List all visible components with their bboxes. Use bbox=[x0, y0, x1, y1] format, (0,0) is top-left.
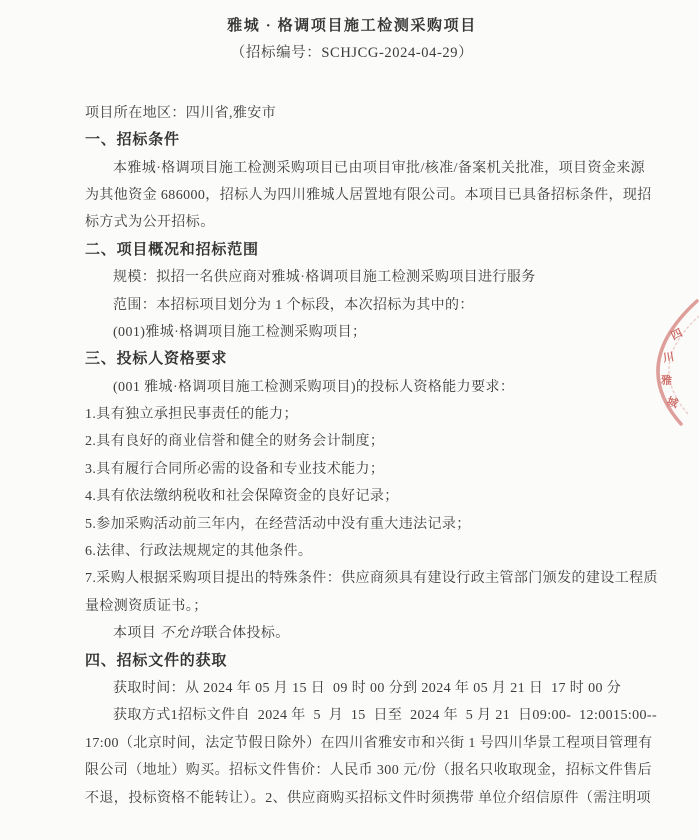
doc-line: 本项目 不允许联合体投标。 bbox=[85, 620, 619, 647]
doc-line: 一、招标条件 bbox=[85, 127, 619, 154]
doc-line-text: 3.具有履行合同所必需的设备和专业技术能力； bbox=[85, 462, 384, 477]
doc-line-text: 雅城 · 格调项目施工检测采购项目 bbox=[227, 18, 477, 34]
document-lines: 雅城 · 格调项目施工检测采购项目（招标编号：SCHJCG-2024-04-29… bbox=[0, 0, 699, 812]
doc-line-text: 规模：拟招一名供应商对雅城·格调项目施工检测采购项目进行服务 bbox=[113, 270, 536, 285]
doc-line-text: 17:00（北京时间，法定节假日除外）在四川省雅安市和兴街 1 号四川华景工程项… bbox=[85, 736, 653, 751]
doc-line-text: 获取时间：从 2024 年 05 月 15 日 09 时 00 分到 2024 … bbox=[113, 681, 621, 696]
doc-line-text: 本项目 bbox=[113, 626, 160, 641]
doc-line-text: 标方式为公开招标。 bbox=[85, 215, 215, 230]
doc-line: 17:00（北京时间，法定节假日除外）在四川省雅安市和兴街 1 号四川华景工程项… bbox=[85, 730, 619, 757]
doc-line: 6.法律、行政法规规定的其他条件。 bbox=[85, 538, 619, 565]
doc-line: 3.具有履行合同所必需的设备和专业技术能力； bbox=[85, 456, 619, 483]
doc-line-text: 一、招标条件 bbox=[85, 132, 180, 148]
doc-line: 1.具有独立承担民事责任的能力； bbox=[85, 401, 619, 428]
doc-line: 雅城 · 格调项目施工检测采购项目 bbox=[85, 13, 619, 40]
doc-line: (001)雅城·格调项目施工检测采购项目； bbox=[85, 319, 619, 346]
doc-line-text: 6.法律、行政法规规定的其他条件。 bbox=[85, 544, 312, 559]
doc-line: 二、项目概况和招标范围 bbox=[85, 237, 619, 264]
doc-line: 范围：本招标项目划分为 1 个标段，本次招标为其中的： bbox=[85, 292, 619, 319]
doc-line: 7.采购人根据采购项目提出的特殊条件：供应商须具有建设行政主管部门颁发的建设工程… bbox=[85, 565, 619, 592]
doc-line: 量检测资质证书。； bbox=[85, 593, 619, 620]
doc-line: 标方式为公开招标。 bbox=[85, 209, 619, 236]
doc-line: (001 雅城·格调项目施工检测采购项目)的投标人资格能力要求： bbox=[85, 374, 619, 401]
document-page: 雅城 · 格调项目施工检测采购项目（招标编号：SCHJCG-2024-04-29… bbox=[0, 0, 699, 840]
doc-line-text: 2.具有良好的商业信誉和健全的财务会计制度； bbox=[85, 434, 384, 449]
doc-line: 三、投标人资格要求 bbox=[85, 346, 619, 373]
doc-line-text: 项目所在地区：四川省,雅安市 bbox=[85, 106, 276, 121]
doc-line-text: 不退，投标资格不能转让）。2、供应商购买招标文件时须携带 单位介绍信原件（需注明… bbox=[85, 791, 651, 806]
doc-line: （招标编号：SCHJCG-2024-04-29） bbox=[85, 40, 619, 67]
doc-line-text: 联合体投标。 bbox=[203, 626, 289, 641]
doc-line: 2.具有良好的商业信誉和健全的财务会计制度； bbox=[85, 428, 619, 455]
doc-line-text: (001 雅城·格调项目施工检测采购项目)的投标人资格能力要求： bbox=[113, 380, 514, 395]
doc-line-text: （招标编号：SCHJCG-2024-04-29） bbox=[231, 45, 473, 61]
doc-line-text: 4.具有依法缴纳税收和社会保障资金的良好记录； bbox=[85, 489, 399, 504]
doc-line-text: 二、项目概况和招标范围 bbox=[85, 242, 259, 258]
doc-line-text: (001)雅城·格调项目施工检测采购项目； bbox=[113, 325, 366, 340]
doc-line-text: 5.参加采购活动前三年内，在经营活动中没有重大违法记录； bbox=[85, 517, 471, 532]
doc-line: 不退，投标资格不能转让）。2、供应商购买招标文件时须携带 单位介绍信原件（需注明… bbox=[85, 785, 619, 812]
doc-line: 5.参加采购活动前三年内，在经营活动中没有重大违法记录； bbox=[85, 511, 619, 538]
doc-line-text: 为其他资金 686000，招标人为四川雅城人居置地有限公司。本项目已具备招标条件… bbox=[85, 188, 652, 203]
doc-line-text: 7.采购人根据采购项目提出的特殊条件：供应商须具有建设行政主管部门颁发的建设工程… bbox=[85, 571, 658, 586]
doc-line-text: 不允许 bbox=[160, 626, 203, 641]
doc-line-text: 本雅城·格调项目施工检测采购项目已由项目审批/核准/备案机关批准，项目资金来源 bbox=[113, 161, 645, 176]
doc-line: 获取方式1招标文件自 2024 年 5 月 15 日至 2024 年 5 月 2… bbox=[85, 702, 619, 729]
doc-line: 获取时间：从 2024 年 05 月 15 日 09 时 00 分到 2024 … bbox=[85, 675, 619, 702]
doc-line: 本雅城·格调项目施工检测采购项目已由项目审批/核准/备案机关批准，项目资金来源 bbox=[85, 155, 619, 182]
doc-line: 限公司（地址）购买。招标文件售价：人民币 300 元/份（报名只收取现金，招标文… bbox=[85, 757, 619, 784]
doc-line-text: 量检测资质证书。； bbox=[85, 599, 208, 614]
doc-line-text: 限公司（地址）购买。招标文件售价：人民币 300 元/份（报名只收取现金，招标文… bbox=[85, 763, 652, 778]
doc-line: 规模：拟招一名供应商对雅城·格调项目施工检测采购项目进行服务 bbox=[85, 264, 619, 291]
doc-line-text: 范围：本招标项目划分为 1 个标段，本次招标为其中的： bbox=[113, 298, 474, 313]
doc-line: 为其他资金 686000，招标人为四川雅城人居置地有限公司。本项目已具备招标条件… bbox=[85, 182, 619, 209]
doc-line-text: 四、招标文件的获取 bbox=[85, 653, 227, 669]
doc-line-text: 获取方式1招标文件自 2024 年 5 月 15 日至 2024 年 5 月 2… bbox=[113, 708, 657, 723]
doc-line-text: 三、投标人资格要求 bbox=[85, 351, 227, 367]
doc-line: 4.具有依法缴纳税收和社会保障资金的良好记录； bbox=[85, 483, 619, 510]
doc-line-text: 1.具有独立承担民事责任的能力； bbox=[85, 407, 298, 422]
doc-line: 四、招标文件的获取 bbox=[85, 648, 619, 675]
doc-line: 项目所在地区：四川省,雅安市 bbox=[85, 100, 619, 127]
